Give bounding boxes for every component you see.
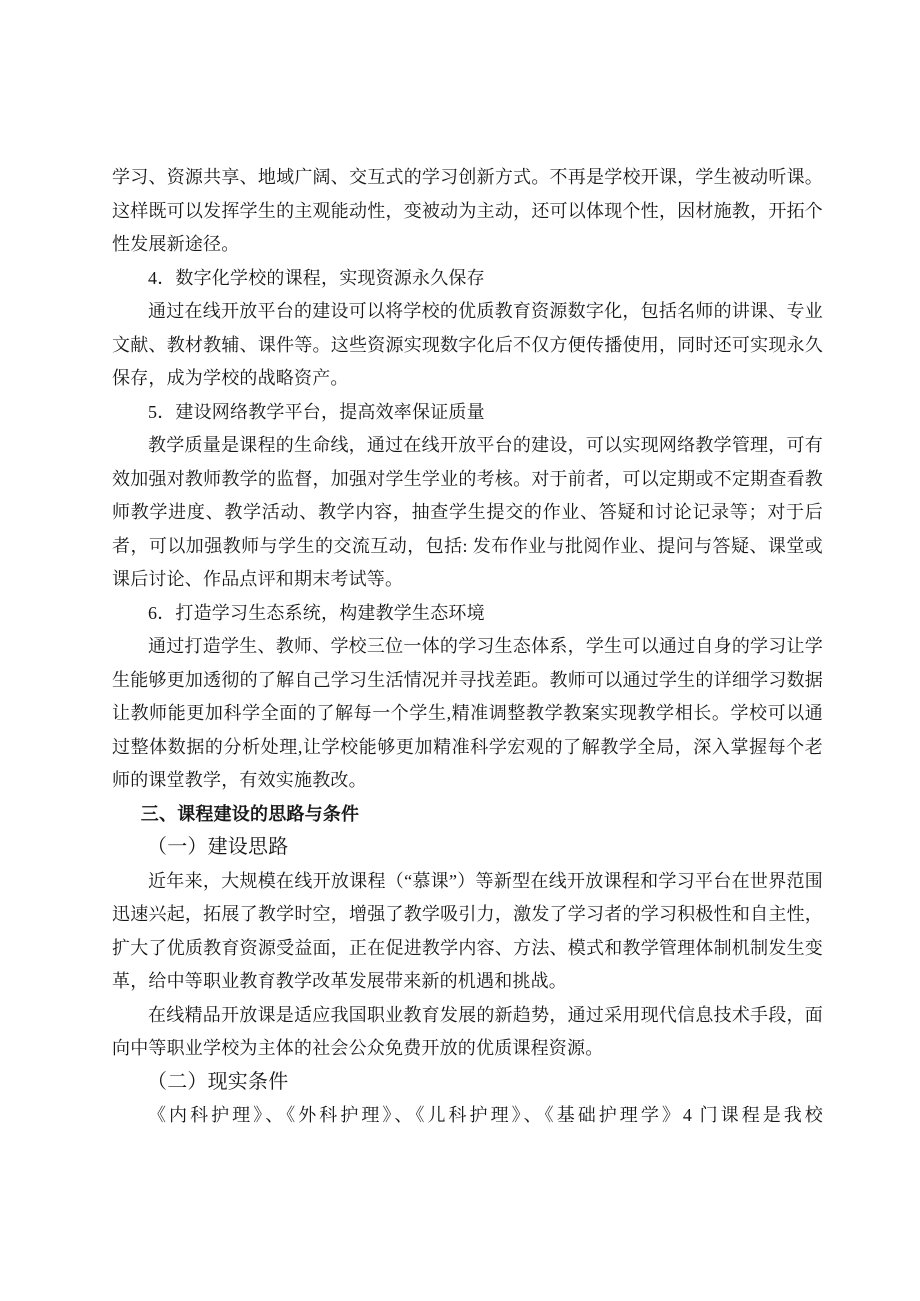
body-paragraph-continues-next-page: 《内科护理》、《外科护理》、《儿科护理》、《基础护理学》4 门课程是我校: [112, 1099, 823, 1133]
subsection-heading-1: （一）建设思路: [112, 831, 823, 865]
body-paragraph: 通过在线开放平台的建设可以将学校的优质教育资源数字化，包括名师的讲课、专业文献、…: [112, 295, 823, 396]
body-paragraph: 通过打造学生、教师、学校三位一体的学习生态体系，学生可以通过自身的学习让学生能够…: [112, 630, 823, 798]
body-paragraph: 近年来，大规模在线开放课程（“慕课”）等新型在线开放课程和学习平台在世界范围迅速…: [112, 865, 823, 999]
body-paragraph: 在线精品开放课是适应我国职业教育发展的新趋势，通过采用现代信息技术手段，面向中等…: [112, 999, 823, 1066]
body-paragraph-continuation: 学习、资源共享、地域广阔、交互式的学习创新方式。不再是学校开课，学生被动听课。这…: [112, 161, 823, 262]
numbered-heading-5: 5．建设网络教学平台，提高效率保证质量: [112, 396, 823, 430]
subsection-heading-2: （二）现实条件: [112, 1066, 823, 1100]
document-page: 学习、资源共享、地域广阔、交互式的学习创新方式。不再是学校开课，学生被动听课。这…: [0, 0, 920, 1301]
numbered-heading-6: 6．打造学习生态系统，构建教学生态环境: [112, 597, 823, 631]
body-paragraph: 教学质量是课程的生命线，通过在线开放平台的建设，可以实现网络教学管理，可有效加强…: [112, 429, 823, 597]
numbered-heading-4: 4．数字化学校的课程，实现资源永久保存: [112, 262, 823, 296]
section-heading-three: 三、课程建设的思路与条件: [112, 798, 823, 832]
